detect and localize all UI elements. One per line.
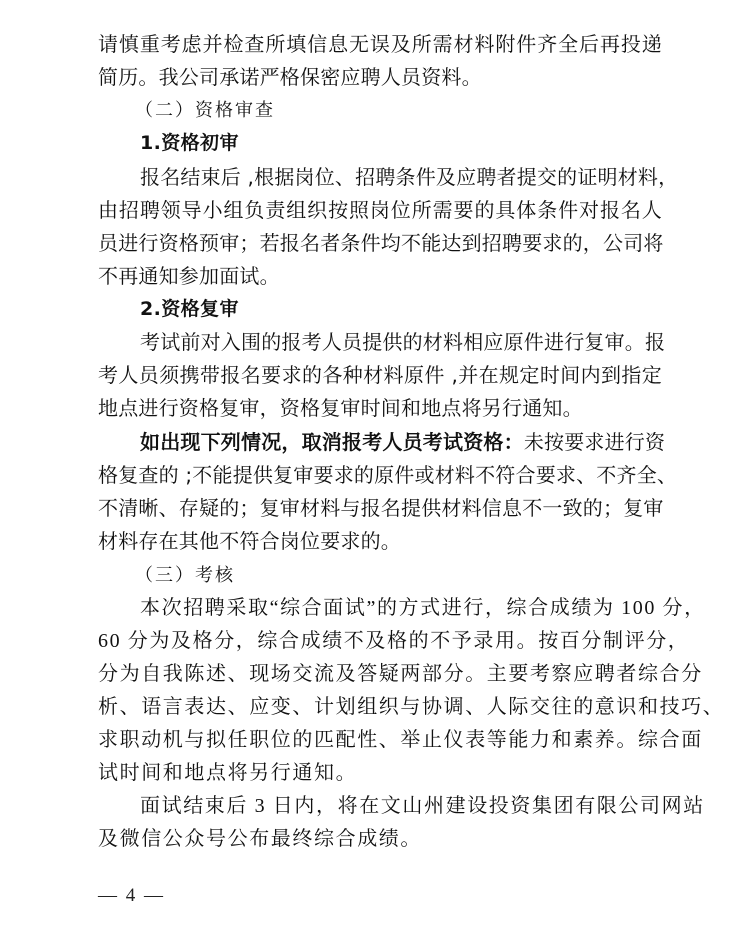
page-number: — 4 — xyxy=(98,885,165,907)
text-line: 分为自我陈述、现场交流及答疑两部分。主要考察应聘者综合分 xyxy=(98,658,662,691)
text-line: 考人员须携带报名要求的各种材料原件 ,并在规定时间内到指定 xyxy=(98,359,662,392)
text-line: 及微信公众号公布最终综合成绩。 xyxy=(98,823,662,856)
text-line: 考试前对入围的报考人员提供的材料相应原件进行复审。报 xyxy=(140,326,662,359)
text-line: 析、语言表达、应变、计划组织与协调、人际交往的意识和技巧、 xyxy=(98,691,662,724)
bold-lead-text: 如出现下列情况，取消报考人员考试资格： xyxy=(140,430,524,454)
section-heading-qualification-review: （二）资格审查 xyxy=(135,94,657,127)
text-line: 地点进行资格复审，资格复审时间和地点将另行通知。 xyxy=(98,392,662,425)
text-line-disqualification-lead: 如出现下列情况，取消报考人员考试资格：未按要求进行资 xyxy=(140,426,662,459)
text-line: 不再通知参加面试。 xyxy=(98,260,662,293)
text-line: 由招聘领导小组负责组织按照岗位所需要的具体条件对报名人 xyxy=(98,194,662,227)
text-line: 60 分为及格分，综合成绩不及格的不予录用。按百分制评分， xyxy=(98,625,662,658)
subheading-initial-review: 1.资格初审 xyxy=(140,127,662,160)
text-line: 报名结束后 ,根据岗位、招聘条件及应聘者提交的证明材料， xyxy=(140,161,662,194)
document-page: 请慎重考虑并检查所填信息无误及所需材料附件齐全后再投递 简历。我公司承诺严格保密… xyxy=(0,0,753,948)
text-line: 试时间和地点将另行通知。 xyxy=(98,757,662,790)
text-segment: 未按要求进行资 xyxy=(524,430,665,454)
subheading-re-review: 2.资格复审 xyxy=(140,293,662,326)
text-line: 不清晰、存疑的；复审材料与报名提供材料信息不一致的；复审 xyxy=(98,492,662,525)
text-line: 请慎重考虑并检查所填信息无误及所需材料附件齐全后再投递 xyxy=(98,28,662,61)
text-line: 材料存在其他不符合岗位要求的。 xyxy=(98,525,662,558)
section-heading-assessment: （三）考核 xyxy=(135,559,657,592)
text-line: 求职动机与拟任职位的匹配性、举止仪表等能力和素养。综合面 xyxy=(98,724,662,757)
text-line: 面试结束后 3 日内，将在文山州建设投资集团有限公司网站 xyxy=(140,790,662,823)
text-line: 员进行资格预审；若报名者条件均不能达到招聘要求的，公司将 xyxy=(98,227,662,260)
text-line: 简历。我公司承诺严格保密应聘人员资料。 xyxy=(98,61,662,94)
text-line: 格复查的 ;不能提供复审要求的原件或材料不符合要求、不齐全、 xyxy=(98,459,662,492)
text-line: 本次招聘采取“综合面试”的方式进行，综合成绩为 100 分， xyxy=(140,592,662,625)
